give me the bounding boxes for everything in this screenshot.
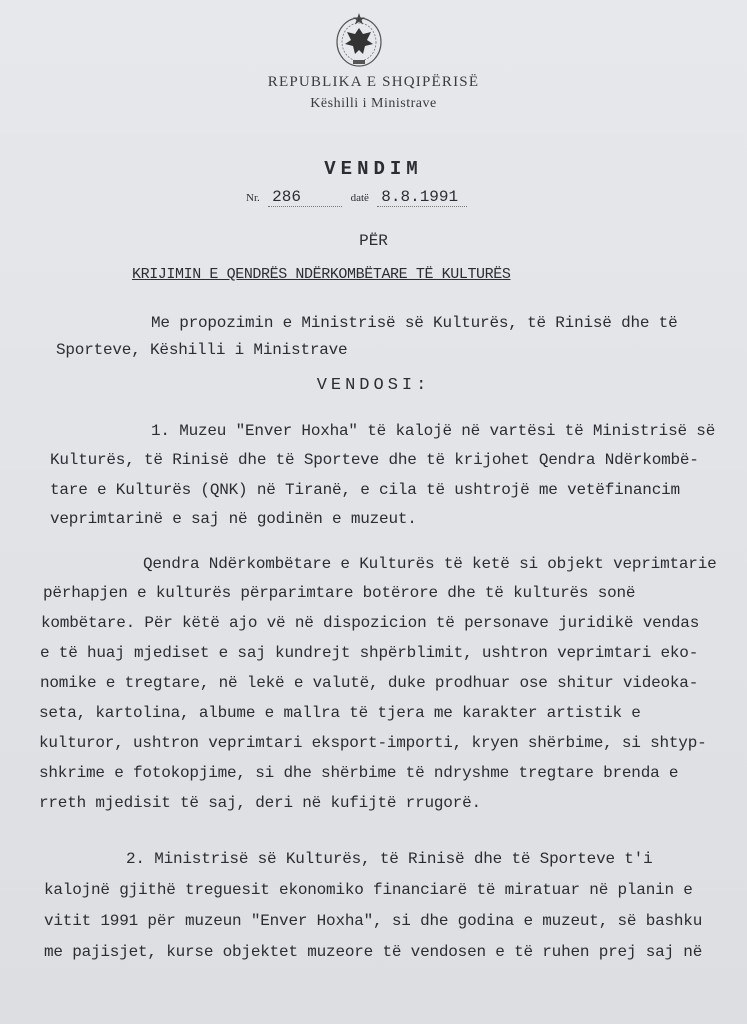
paragraph-3-line: 2. Ministrisë së Kulturës, të Rinisë dhe…	[126, 850, 653, 868]
paragraph-3-line: me pajisjet, kurse objektet muzeore të v…	[44, 943, 702, 961]
paragraph-1-line: Kulturës, të Rinisë dhe të Sporteve dhe …	[50, 451, 699, 469]
paragraph-2-line: përhapjen e kulturës përparimtare botëro…	[43, 584, 635, 602]
paragraph-2-line: shkrime e fotokopjime, si dhe shërbime t…	[39, 764, 678, 782]
paragraph-1-line: 1. Muzeu "Enver Hoxha" të kalojë në vart…	[151, 422, 715, 440]
council-name: Këshilli i Ministrave	[0, 96, 747, 112]
date-label: datë	[351, 192, 369, 204]
paragraph-2-line: kulturor, ushtron veprimtari eksport-imp…	[39, 734, 707, 752]
republic-name: REPUBLIKA E SHQIPËRISË	[0, 74, 747, 91]
paragraph-2-line: Qendra Ndërkombëtare e Kulturës të ketë …	[143, 555, 717, 573]
paragraph-2-line: rreth mjedisit të saj, deri në kufijtë r…	[39, 794, 481, 812]
paragraph-2-line: e të huaj mjediset e saj kundrejt shpërb…	[40, 644, 698, 662]
paragraph-2-line: kombëtare. Për këtë ajo vë në dispozicio…	[41, 614, 699, 632]
document-page: REPUBLIKA E SHQIPËRISË Këshilli i Minist…	[0, 0, 747, 1024]
decision-subject: KRIJIMIN E QENDRËS NDËRKOMBËTARE TË KULT…	[132, 266, 510, 283]
paragraph-1-line: tare e Kulturës (QNK) në Tiranë, e cila …	[50, 481, 680, 499]
paragraph-1-line: veprimtarinë e saj në godinën e muzeut.	[50, 510, 417, 528]
paragraph-3-line: vitit 1991 për muzeun "Enver Hoxha", si …	[44, 912, 702, 930]
decision-number-line: Nr. 286 datë 8.8.1991	[246, 188, 467, 207]
decision-number: 286	[268, 188, 342, 207]
paragraph-3-line: kalojnë gjithë treguesit ekonomiko finan…	[44, 881, 693, 899]
decision-title: VENDIM	[0, 158, 747, 180]
albanian-eagle-emblem-icon	[333, 10, 385, 70]
preamble-line: Sporteve, Këshilli i Ministrave	[56, 341, 347, 359]
paragraph-2-line: nomike e tregtare, në lekë e valutë, duk…	[40, 674, 698, 692]
nr-label: Nr.	[246, 192, 260, 204]
paragraph-2-line: seta, kartolina, albume e mallra të tjer…	[39, 704, 641, 722]
for-heading: PËR	[0, 232, 747, 250]
vendosi-heading: VENDOSI:	[0, 376, 747, 395]
preamble-line: Me propozimin e Ministrisë së Kulturës, …	[151, 314, 678, 332]
decision-date: 8.8.1991	[377, 188, 467, 207]
